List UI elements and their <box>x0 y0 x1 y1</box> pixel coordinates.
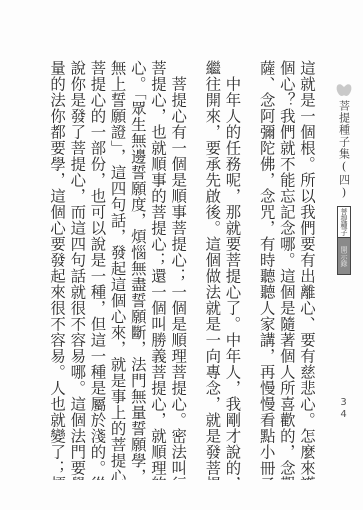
section-label: 菩提種子 <box>337 206 351 238</box>
section-tab: 開示錄 <box>337 238 351 275</box>
text-column: 量的法你都要學，這個心要發起來很不容易。人也就變了；煩惱是 <box>48 60 68 480</box>
text-column: 繼往開來，要承先啟後。這個做法就是一向專念，就是發菩提心。 <box>203 60 223 480</box>
book-title: 菩提種子集(四) <box>339 100 350 200</box>
text-column: 菩提心有一個是順事菩提心；一個是順理菩提心。密法叫行願 <box>169 60 189 480</box>
text-column: 薩、念阿彌陀佛，念咒，有時聽聽人家講，再慢慢看點小冊子。 <box>257 60 277 480</box>
text-column: 無上誓願證」，這四句話，發起這個心來，就是事上的菩提心。是 <box>108 60 128 480</box>
book-page: 菩提種子集(四) 菩提種子 開示錄 34 這就是一個根。所以我們要有出離心、要有… <box>0 0 363 510</box>
text-column: 菩提心，也就順事的菩提心；還一個叫勝義菩提心，就順理的菩提 <box>149 60 169 480</box>
lotus-icon <box>335 82 353 96</box>
text-column: 中年人的任務呢，那就要菩提心了。中年人，我剛才說的，要 <box>223 60 243 480</box>
page-number: 34 <box>338 397 349 421</box>
text-column: 個心？我們就不能忘記念哪。這個是隨著個人所喜歡的，念觀音菩 <box>278 60 298 480</box>
text-column: 說你是發了菩提心，而這四句話就很不容易哪。這個法門要學，無 <box>68 60 88 480</box>
text-body: 這就是一個根。所以我們要有出離心、要有慈悲心。怎麼來護持這 個心？我們就不能忘記… <box>48 60 318 480</box>
margin-header: 菩提種子集(四) 菩提種子 開示錄 <box>333 82 355 275</box>
text-column: 這就是一個根。所以我們要有出離心、要有慈悲心。怎麼來護持這 <box>298 60 318 480</box>
text-column: 菩提心的一部份，也可以說是一種，但這一種是屬於淺的。從事上 <box>88 60 108 480</box>
text-column: 心。「眾生無邊誓願度，煩惱無盡誓願斷，法門無量誓願學，佛道 <box>129 60 149 480</box>
